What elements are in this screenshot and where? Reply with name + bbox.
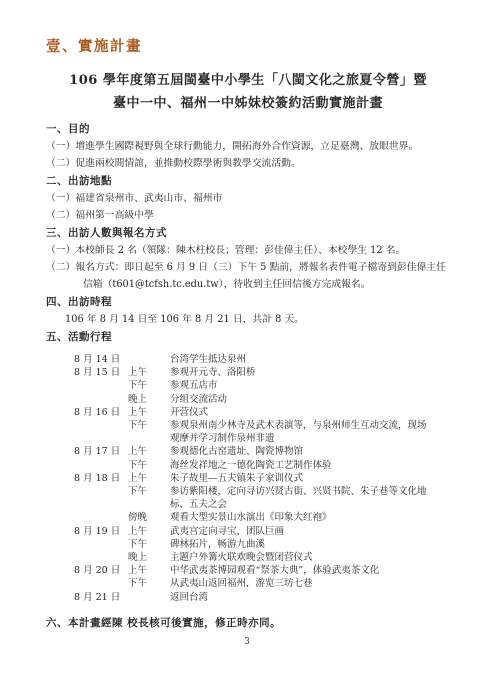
schedule-row: 下午 参观泉州南少林寺及武术表演等，与泉州师生互动交流，现场观摩并学习制作泉州非… [74, 419, 450, 445]
section-item: （一）本校師長 2 名（領隊：陳木柱校長；管理：彭佳偉主任）、本校學生 12 名… [46, 242, 450, 259]
schedule-row: 8 月 14 日 台湾学生抵达泉州 [74, 353, 450, 366]
schedule-date: 8 月 14 日 [74, 353, 128, 366]
schedule-activity: 参观五店市 [170, 379, 432, 392]
schedule-row: 晚上 分组交流活动 [74, 393, 450, 406]
schedule-time: 下午 [128, 459, 156, 472]
section-item: （一）福建省泉州市、武夷山市、福州市 [46, 190, 450, 207]
section-heading-registration: 三、出訪人數與報名方式 [46, 225, 450, 242]
schedule-time: 上午 [128, 406, 156, 419]
schedule-activity: 从武夷山返回福州，游览三坊七巷 [170, 577, 432, 590]
schedule-activity: 中华武夷茶博园观看“祭茶大典”，体验武夷茶文化 [170, 564, 432, 577]
schedule-row: 8 月 17 日 上午 参观德化古窑遗址、陶瓷博物馆 [74, 445, 450, 458]
section-heading-itinerary: 五、活動行程 [46, 329, 450, 346]
schedule-activity: 参观德化古窑遗址、陶瓷博物馆 [170, 445, 432, 458]
document-body: 一、目的 （一）增進學生國際視野與全球行動能力，開拓海外合作資源，立足臺灣、放眼… [46, 121, 450, 632]
schedule-date: 8 月 19 日 [74, 525, 128, 538]
section-item: （二）報名方式：即日起至 6 月 9 日（三）下午 5 點前，將報名表件電子檔寄… [46, 259, 450, 293]
schedule-date: 8 月 15 日 [74, 366, 128, 379]
schedule-time: 下午 [128, 577, 156, 590]
schedule-row: 下午 海丝发祥地之一德化陶瓷工艺制作体验 [74, 459, 450, 472]
section-item: （二）福州第一高級中學 [46, 207, 450, 224]
schedule-row: 晚上 主题户外篝火联欢晚会暨闭营仪式 [74, 551, 450, 564]
schedule-activity: 碑林拓片，畅游九曲溪 [170, 538, 432, 551]
schedule-row: 8 月 18 日 上午 朱子故里—五夫镇朱子家训仪式 [74, 472, 450, 485]
schedule-activity: 朱子故里—五夫镇朱子家训仪式 [170, 472, 432, 485]
schedule-activity: 主题户外篝火联欢晚会暨闭营仪式 [170, 551, 432, 564]
trip-date-range: 106 年 8 月 14 日至 106 年 8 月 21 日，共計 8 天。 [65, 311, 450, 328]
schedule-date: 8 月 21 日 [74, 591, 128, 604]
schedule-row: 8 月 15 日 上午 参观开元寺、洛阳桥 [74, 366, 450, 379]
schedule-row: 下午 参访紫阳楼，定向寻访兴贤古街、兴贤书院、朱子巷等文化地标，五夫之会 [74, 485, 450, 511]
section-heading-purpose: 一、目的 [46, 121, 450, 138]
schedule-time: 下午 [128, 419, 156, 432]
schedule-time: 上午 [128, 564, 156, 577]
schedule-date: 8 月 18 日 [74, 472, 128, 485]
schedule-activity: 参观泉州南少林寺及武术表演等，与泉州师生互动交流，现场观摩并学习制作泉州非遗 [170, 419, 432, 445]
page-number: 3 [0, 637, 494, 647]
schedule-time: 晚上 [128, 393, 156, 406]
schedule-activity: 分组交流活动 [170, 393, 432, 406]
schedule-row: 下午 参观五店市 [74, 379, 450, 392]
schedule-date: 8 月 17 日 [74, 445, 128, 458]
schedule-time: 晚上 [128, 551, 156, 564]
schedule-row: 8 月 19 日 上午 武夷宫定向寻宝，团队巨画 [74, 525, 450, 538]
schedule-time: 上午 [128, 445, 156, 458]
schedule-time: 下午 [128, 485, 156, 498]
schedule-activity: 观看大型实景山水演出《印象大红袍》 [170, 511, 432, 524]
schedule-row: 8 月 16 日 上午 开营仪式 [74, 406, 450, 419]
schedule-time: 下午 [128, 379, 156, 392]
schedule-time: 上午 [128, 472, 156, 485]
section-item: （一）增進學生國際視野與全球行動能力，開拓海外合作資源，立足臺灣、放眼世界。 [46, 138, 450, 155]
schedule-date: 8 月 16 日 [74, 406, 128, 419]
schedule-activity: 台湾学生抵达泉州 [170, 353, 432, 366]
schedule-row: 8 月 21 日 返回台湾 [74, 591, 450, 604]
document-title: 106 學年度第五屆閩臺中小學生「八閩文化之旅夏令營」暨 臺中一中、福州一中姊妹… [46, 69, 450, 115]
schedule-row: 8 月 20 日 上午 中华武夷茶博园观看“祭茶大典”，体验武夷茶文化 [74, 564, 450, 577]
schedule-row: 下午 碑林拓片，畅游九曲溪 [74, 538, 450, 551]
title-line-1: 106 學年度第五屆閩臺中小學生「八閩文化之旅夏令營」暨 [46, 69, 450, 92]
schedule-row: 傍晚 观看大型实景山水演出《印象大红袍》 [74, 511, 450, 524]
schedule-row: 下午 从武夷山返回福州，游览三坊七巷 [74, 577, 450, 590]
part-heading: 壹、實施計畫 [46, 38, 450, 56]
schedule-time: 下午 [128, 538, 156, 551]
schedule-time: 上午 [128, 525, 156, 538]
section-heading-destinations: 二、出訪地點 [46, 173, 450, 190]
schedule-activity: 海丝发祥地之一德化陶瓷工艺制作体验 [170, 459, 432, 472]
section-heading-dates: 四、出訪時程 [46, 294, 450, 311]
schedule-activity: 开营仪式 [170, 406, 432, 419]
schedule-activity: 参访紫阳楼，定向寻访兴贤古街、兴贤书院、朱子巷等文化地标，五夫之会 [170, 485, 432, 511]
schedule-activity: 参观开元寺、洛阳桥 [170, 366, 432, 379]
section-item: （二）促進兩校間情誼，並推動校際學術與教學交流活動。 [46, 155, 450, 172]
itinerary-schedule: 8 月 14 日 台湾学生抵达泉州 8 月 15 日 上午 参观开元寺、洛阳桥 … [74, 353, 450, 604]
schedule-activity: 武夷宫定向寻宝，团队巨画 [170, 525, 432, 538]
document-page: 壹、實施計畫 106 學年度第五屆閩臺中小學生「八閩文化之旅夏令營」暨 臺中一中… [0, 0, 494, 700]
title-line-2: 臺中一中、福州一中姊妹校簽約活動實施計畫 [46, 92, 450, 115]
schedule-date: 8 月 20 日 [74, 564, 128, 577]
schedule-time: 傍晚 [128, 511, 156, 524]
section-heading-approval: 六、本計畫經陳 校長核可後實施，修正時亦同。 [46, 615, 450, 632]
schedule-time: 上午 [128, 366, 156, 379]
schedule-activity: 返回台湾 [170, 591, 432, 604]
